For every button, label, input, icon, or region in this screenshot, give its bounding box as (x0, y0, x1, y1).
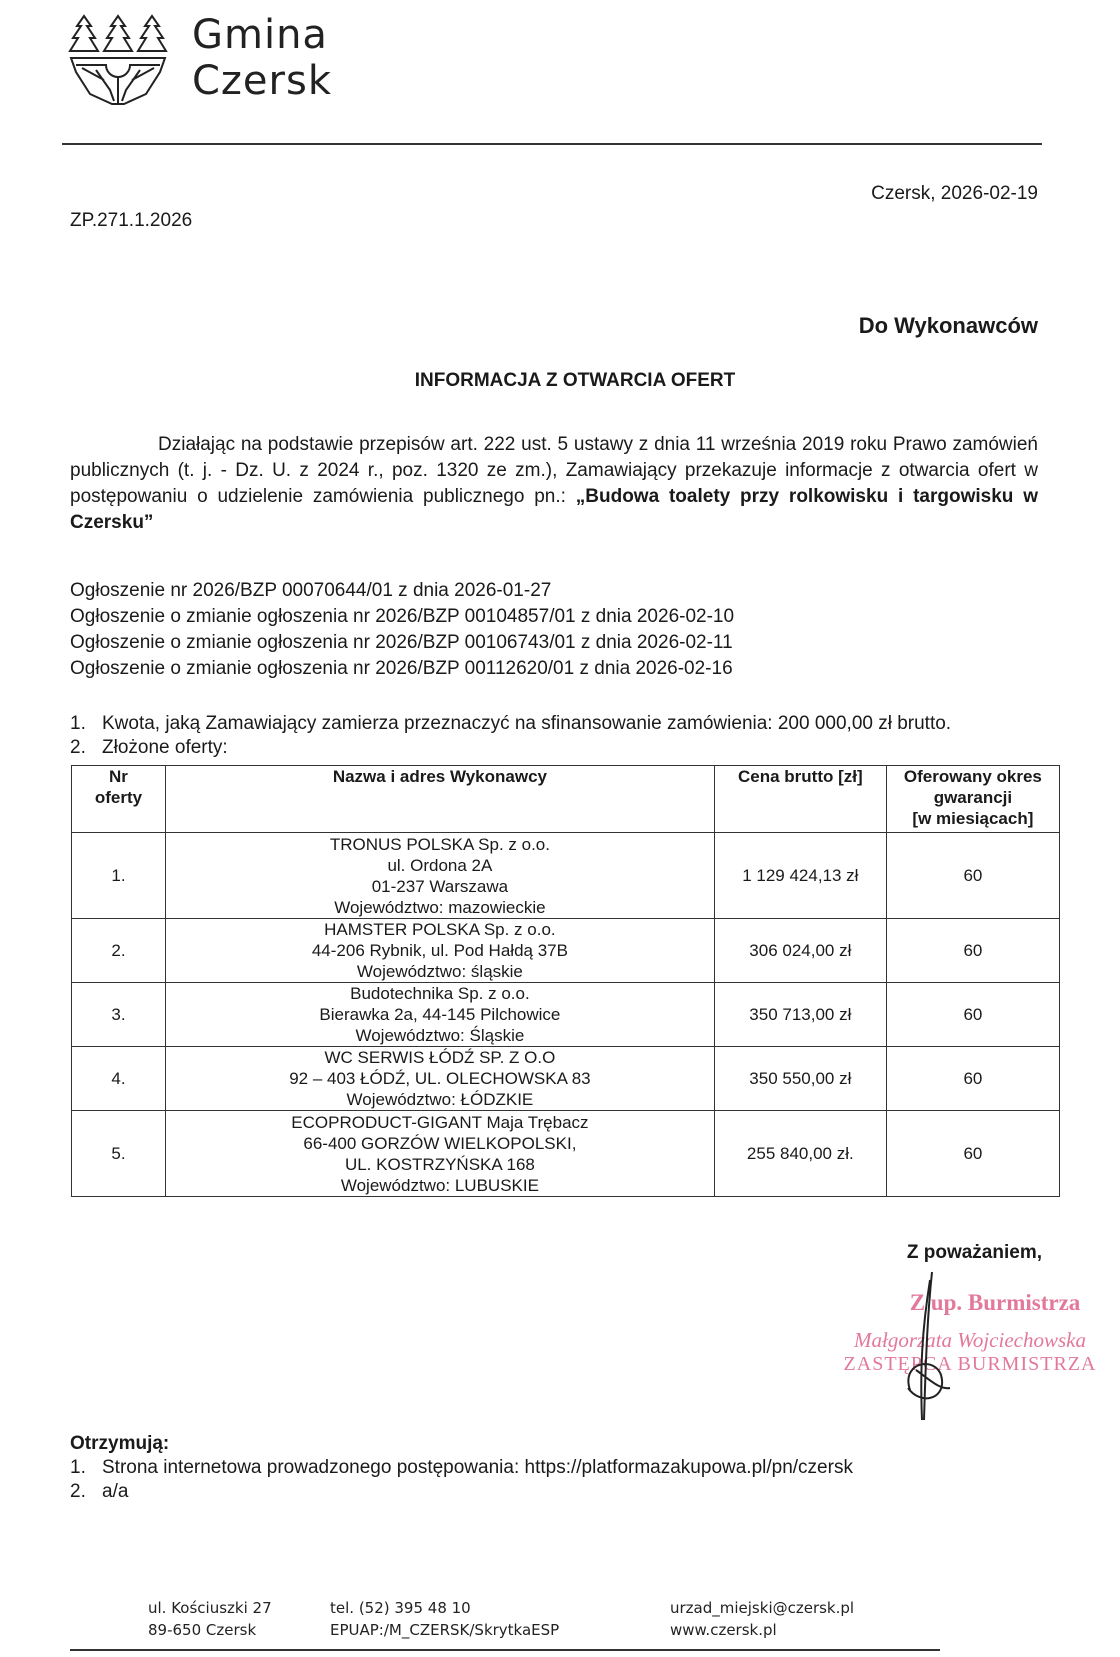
offer-warranty: 60 (886, 833, 1059, 919)
point-item: 1.Kwota, jaką Zamawiający zamierza przez… (70, 712, 951, 736)
footer-email-link[interactable]: urzad_miejski@czersk.pl (670, 1597, 854, 1619)
header-price: Cena brutto [zł] (714, 766, 886, 833)
footer-website-link[interactable]: www.czersk.pl (670, 1619, 854, 1641)
footer-contact: tel. (52) 395 48 10 EPUAP:/M_CZERSK/Skry… (330, 1597, 559, 1641)
document-title: INFORMACJA Z OTWARCIA OFERT (0, 370, 1120, 392)
point-item: 2.Złożone oferty: (70, 736, 951, 760)
contractor-name-address: ECOPRODUCT-GIGANT Maja Trębacz66-400 GOR… (165, 1111, 714, 1197)
header-divider (62, 143, 1042, 145)
footer-address: ul. Kościuszki 27 89-650 Czersk (148, 1597, 272, 1641)
notice-item: Ogłoszenie o zmianie ogłoszenia nr 2026/… (70, 604, 734, 630)
coat-of-arms-logo-icon (68, 8, 168, 108)
table-row: 2.HAMSTER POLSKA Sp. z o.o.44-206 Rybnik… (72, 919, 1060, 983)
footer-online: urzad_miejski@czersk.pl www.czersk.pl (670, 1597, 854, 1641)
closing-regards: Z poważaniem, (907, 1242, 1042, 1264)
contractor-name-address: TRONUS POLSKA Sp. z o.o.ul. Ordona 2A01-… (165, 833, 714, 919)
recipients-heading: Otrzymują: (70, 1432, 853, 1456)
footer-divider (70, 1649, 940, 1651)
offer-price: 306 024,00 zł (714, 919, 886, 983)
offer-price: 255 840,00 zł. (714, 1111, 886, 1197)
header-warranty: Oferowany okresgwarancji[w miesiącach] (886, 766, 1059, 833)
offer-number: 5. (72, 1111, 166, 1197)
reference-number: ZP.271.1.2026 (70, 210, 192, 232)
recipient-item: 2.a/a (70, 1480, 853, 1504)
contractor-name-address: HAMSTER POLSKA Sp. z o.o.44-206 Rybnik, … (165, 919, 714, 983)
offer-number: 3. (72, 983, 166, 1047)
notice-item: Ogłoszenie o zmianie ogłoszenia nr 2026/… (70, 656, 734, 682)
offers-table: Nroferty Nazwa i adres Wykonawcy Cena br… (71, 765, 1060, 1197)
place-date: Czersk, 2026-02-19 (871, 183, 1038, 205)
recipient-item: 1.Strona internetowa prowadzonego postęp… (70, 1456, 853, 1480)
intro-paragraph: Działając na podstawie przepisów art. 22… (70, 432, 1038, 536)
recipients-section: Otrzymują: 1.Strona internetowa prowadzo… (70, 1432, 853, 1504)
notices-list: Ogłoszenie nr 2026/BZP 00070644/01 z dni… (70, 578, 734, 682)
offer-number: 1. (72, 833, 166, 919)
contractor-name-address: WC SERWIS ŁÓDŹ SP. Z O.O92 – 403 ŁÓDŹ, U… (165, 1047, 714, 1111)
offer-warranty: 60 (886, 1047, 1059, 1111)
offer-number: 4. (72, 1047, 166, 1111)
addressee: Do Wykonawców (859, 313, 1038, 339)
header-contractor: Nazwa i adres Wykonawcy (165, 766, 714, 833)
official-stamp: Z up. Burmistrza Małgorzata Wojciechowsk… (830, 1290, 1110, 1376)
table-row: 3.Budotechnika Sp. z o.o.Bierawka 2a, 44… (72, 983, 1060, 1047)
offer-number: 2. (72, 919, 166, 983)
table-row: 4.WC SERWIS ŁÓDŹ SP. Z O.O92 – 403 ŁÓDŹ,… (72, 1047, 1060, 1111)
offer-warranty: 60 (886, 1111, 1059, 1197)
points-list: 1.Kwota, jaką Zamawiający zamierza przez… (70, 712, 951, 760)
table-row: 5.ECOPRODUCT-GIGANT Maja Trębacz66-400 G… (72, 1111, 1060, 1197)
offer-price: 350 713,00 zł (714, 983, 886, 1047)
signature-icon (880, 1270, 970, 1430)
offer-price: 350 550,00 zł (714, 1047, 886, 1111)
table-header-row: Nroferty Nazwa i adres Wykonawcy Cena br… (72, 766, 1060, 833)
notice-item: Ogłoszenie o zmianie ogłoszenia nr 2026/… (70, 630, 734, 656)
header-offer-number: Nroferty (72, 766, 166, 833)
notice-item: Ogłoszenie nr 2026/BZP 00070644/01 z dni… (70, 578, 734, 604)
offer-warranty: 60 (886, 983, 1059, 1047)
municipality-name: Gmina Czersk (192, 12, 332, 104)
offer-warranty: 60 (886, 919, 1059, 983)
table-row: 1.TRONUS POLSKA Sp. z o.o.ul. Ordona 2A0… (72, 833, 1060, 919)
contractor-name-address: Budotechnika Sp. z o.o.Bierawka 2a, 44-1… (165, 983, 714, 1047)
offer-price: 1 129 424,13 zł (714, 833, 886, 919)
